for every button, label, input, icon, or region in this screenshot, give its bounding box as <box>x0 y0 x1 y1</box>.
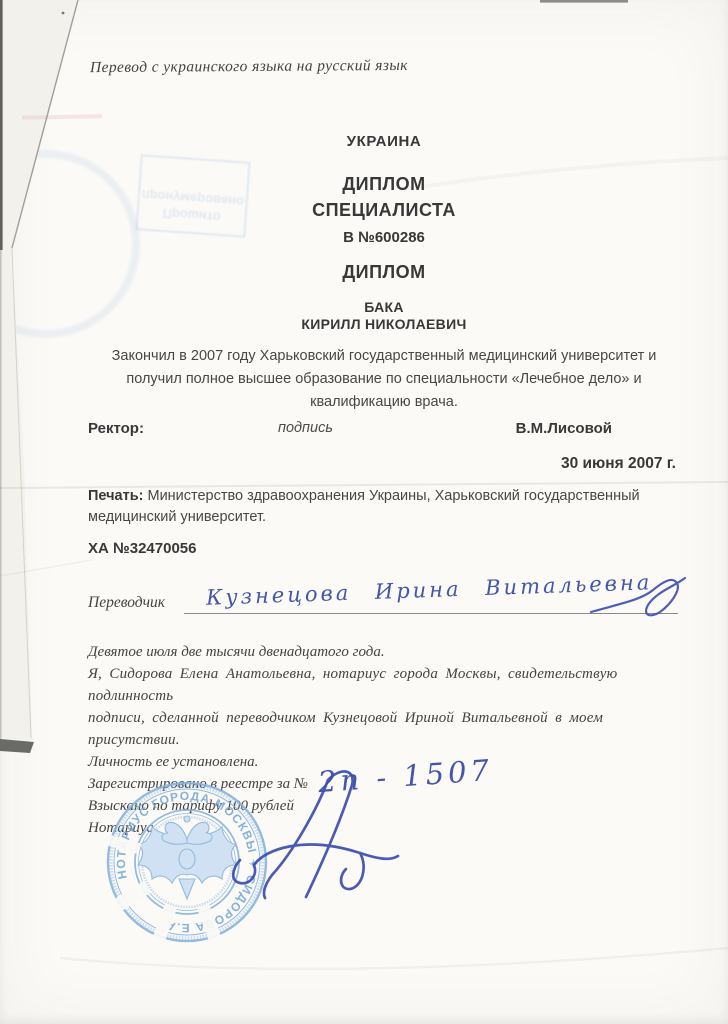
signature-underline <box>184 613 678 614</box>
country-title: УКРАИНА <box>88 133 680 150</box>
series-number: В №600286 <box>88 229 680 246</box>
notary-pen-signature <box>210 765 410 925</box>
holder-name-block: БАКА КИРИЛЛ НИКОЛАЕВИЧ <box>88 299 680 333</box>
graduation-line: Закончил в 2007 году Харьковский государ… <box>112 348 657 364</box>
crease-line <box>0 560 92 576</box>
holder-surname: БАКА <box>364 299 404 315</box>
notary-line: подписи, сделанной переводчиком Кузнецов… <box>88 707 684 751</box>
graduation-line: получил полное высшее образование по спе… <box>126 371 641 387</box>
crease-line <box>60 948 728 969</box>
translator-label: Переводчик <box>88 594 165 612</box>
rector-name: В.М.Лисовой <box>516 420 612 437</box>
speck <box>62 12 65 15</box>
seal-text: медицинский университет. <box>88 509 266 525</box>
graduation-line: квалификацию врача. <box>310 394 458 410</box>
scan-top-edge-mark <box>540 0 628 3</box>
scan-edge-corner-mark <box>0 739 34 753</box>
stamp-worn-gaps <box>106 834 222 942</box>
scanned-document-page: Прошито пронумеровано Перевод с украинск… <box>0 0 728 1024</box>
translator-handwritten-name: Кузнецова Ирина Витальевна <box>206 570 653 610</box>
diploma-word: ДИПЛОМ <box>88 262 680 283</box>
translation-note: Перевод с украинского языка на русский я… <box>90 57 408 77</box>
graduation-paragraph: Закончил в 2007 году Харьковский государ… <box>88 345 680 414</box>
doc-type-line: ДИПЛОМ <box>342 174 425 194</box>
issue-date: 30 июня 2007 г. <box>561 455 676 473</box>
signature-placeholder-note: подпись <box>278 420 333 436</box>
notary-line: Девятое июля две тысячи двенадцатого год… <box>88 641 684 663</box>
notary-line: Я, Сидорова Елена Анатольевна, нотариус … <box>88 663 684 707</box>
document-type-title: ДИПЛОМ СПЕЦИАЛИСТА <box>88 171 680 223</box>
doc-type-line: СПЕЦИАЛИСТА <box>312 200 456 220</box>
pink-smudge <box>22 114 102 119</box>
underlying-page-sliver <box>0 0 78 745</box>
holder-given-names: КИРИЛЛ НИКОЛАЕВИЧ <box>301 316 466 332</box>
seal-label: Печать: <box>88 488 143 504</box>
seal-text: Министерство здравоохранения Украины, Ха… <box>147 488 639 504</box>
registration-number: ХА №32470056 <box>88 540 196 557</box>
seal-description: Печать: Министерство здравоохранения Укр… <box>88 486 688 528</box>
rector-label: Ректор: <box>88 420 144 437</box>
